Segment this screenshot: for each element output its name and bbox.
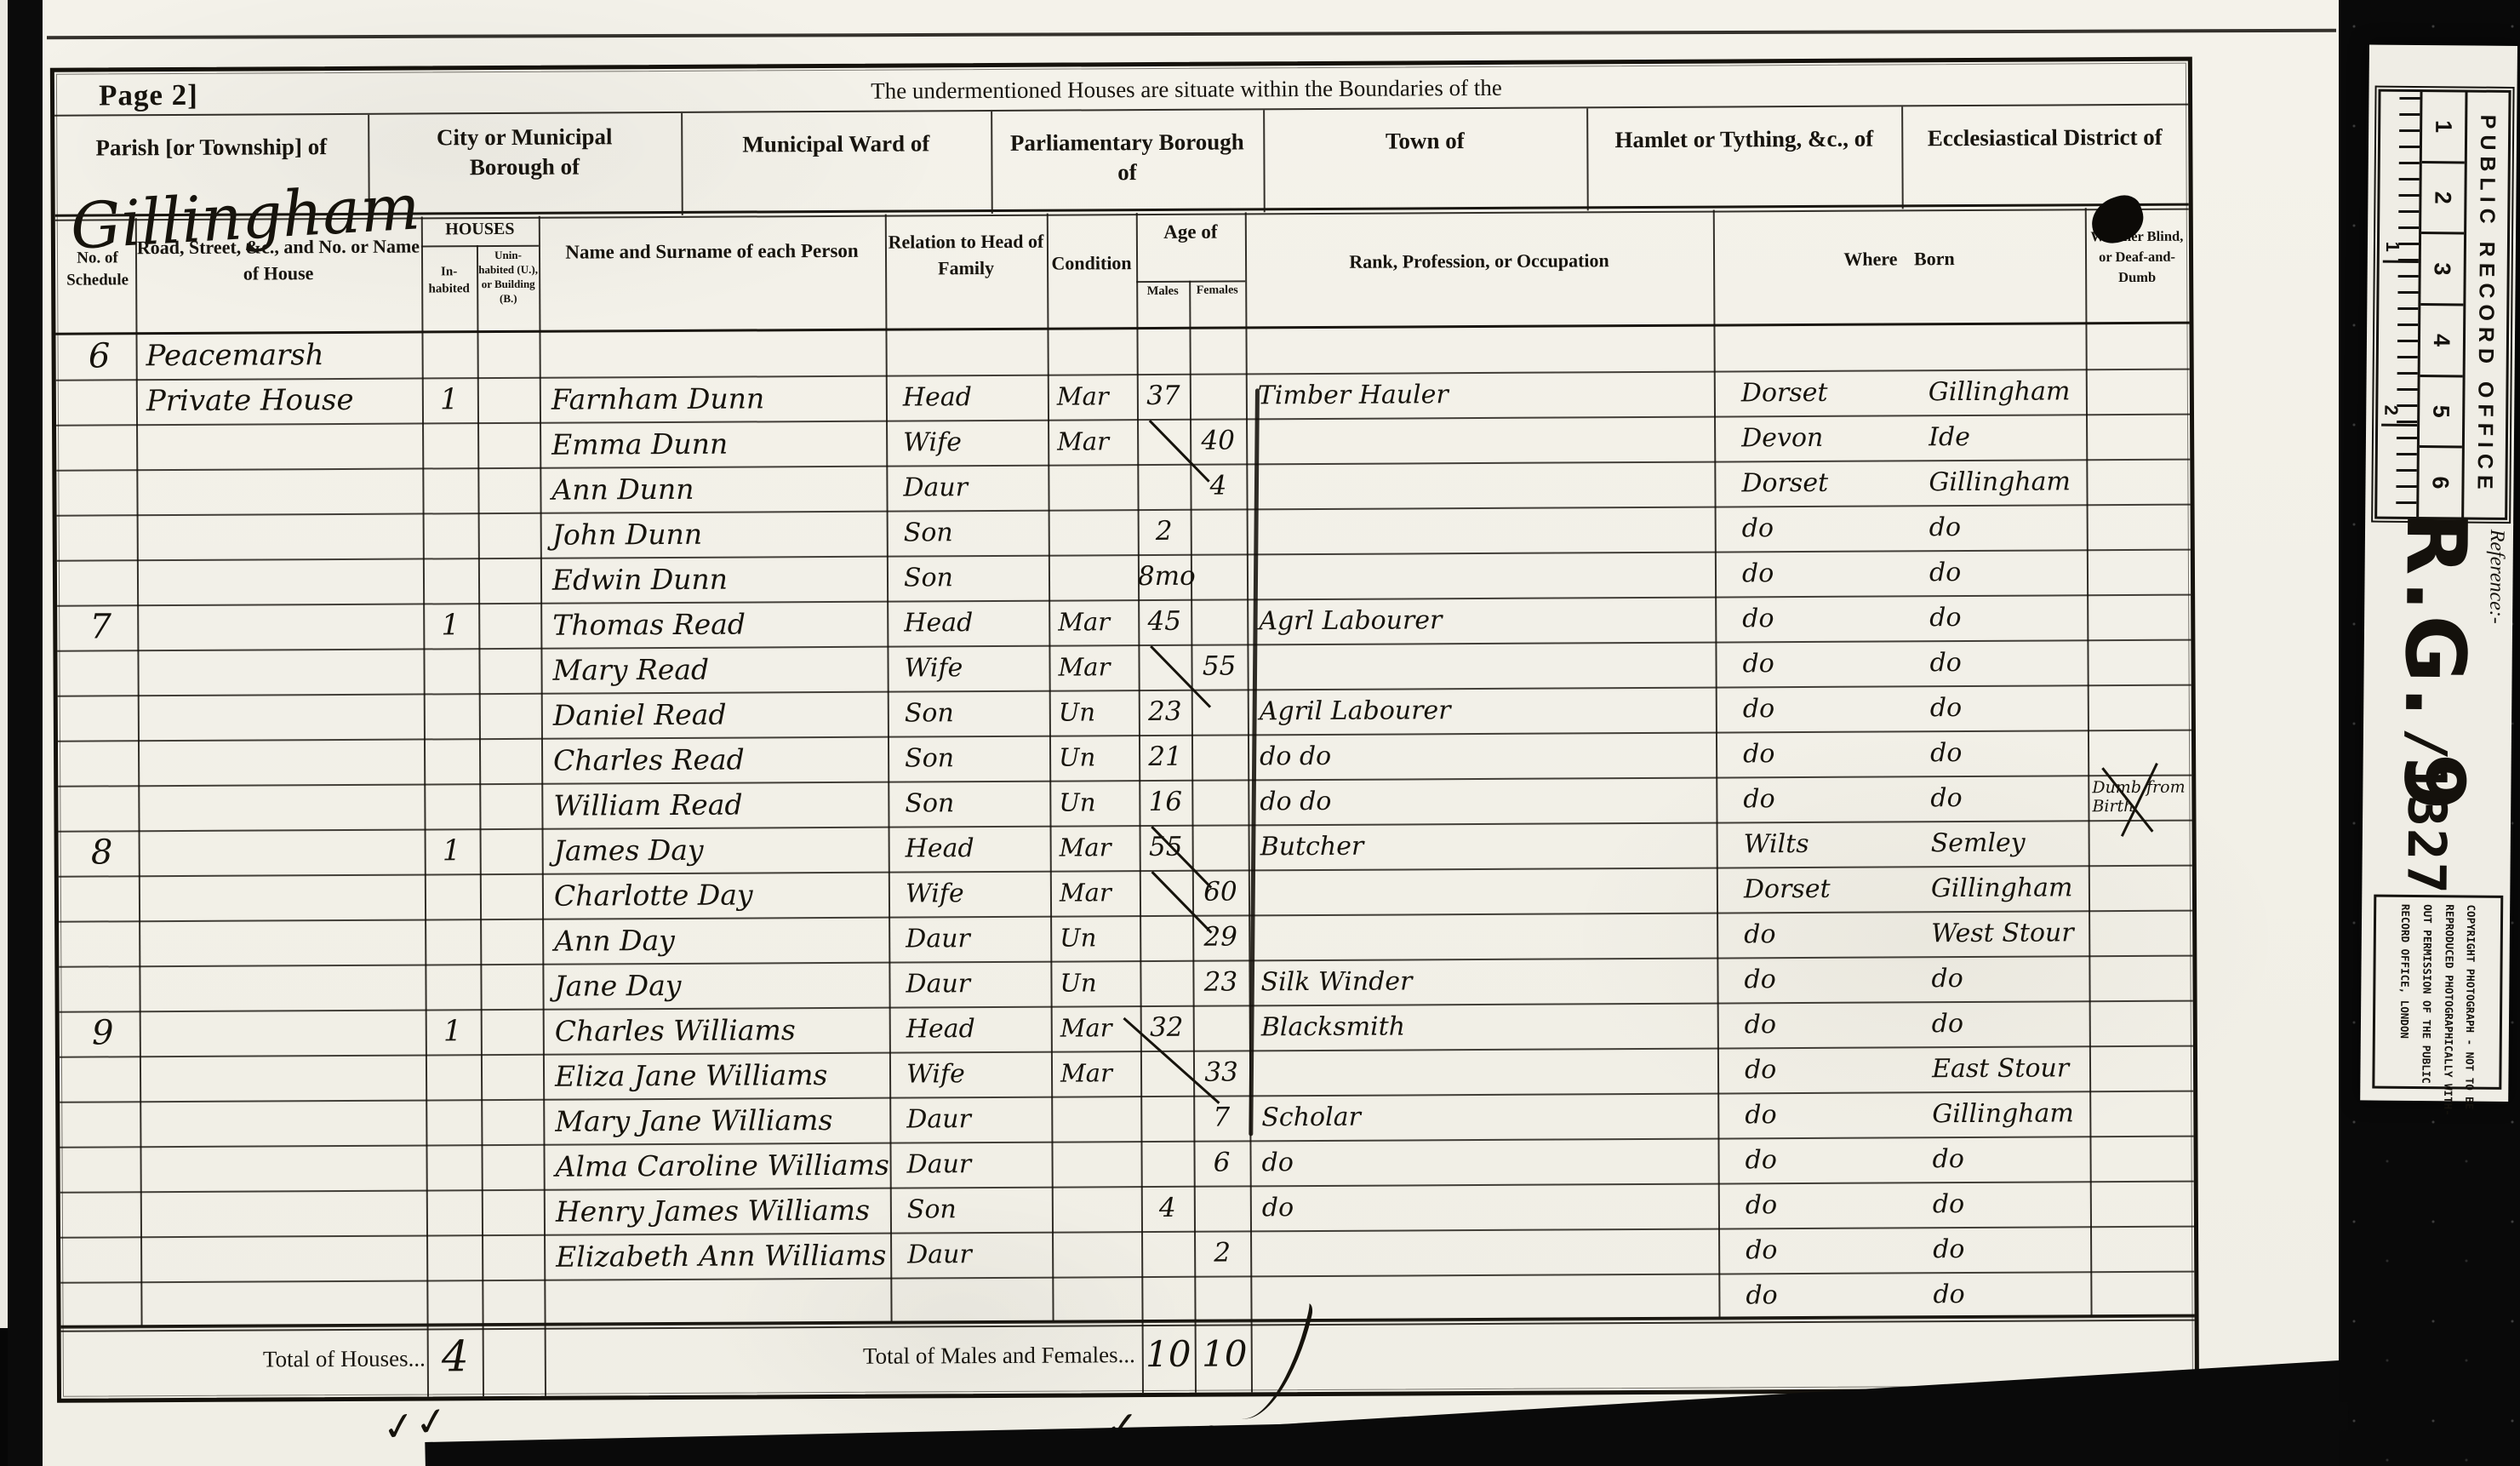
cell-rank: Butcher: [1260, 824, 1713, 868]
cell-condition: Mar: [1060, 1052, 1139, 1094]
cell-name: Henry James Williams: [556, 1189, 889, 1233]
cell-age_m: 4: [1141, 1188, 1194, 1229]
inch-number: 2: [2380, 405, 2402, 415]
born-place: Gillingham: [1929, 370, 2071, 413]
cell-born: dodo: [1718, 596, 2084, 639]
cell-name: Ann Day: [554, 919, 888, 962]
reference-piece-number: /1327: [2395, 728, 2459, 896]
cell-road: Peacemarsh: [146, 334, 426, 377]
cell-born: dodo: [1720, 957, 2086, 1000]
born-place: East Stour: [1932, 1047, 2069, 1090]
cell-name: William Read: [553, 783, 887, 827]
cell-born: dodo: [1719, 731, 2085, 775]
census-scan-page: Page 2] The undermentioned Houses are si…: [0, 0, 2520, 1466]
born-county: do: [1742, 598, 1774, 639]
cell-born: doGillingham: [1721, 1092, 2087, 1136]
record-office-title: PUBLIC RECORD OFFICE: [2461, 92, 2508, 517]
cell-condition: Un: [1059, 782, 1137, 823]
cell-name: Ann Dunn: [551, 467, 885, 511]
born-county: Dorset: [1744, 868, 1831, 911]
born-county: do: [1745, 1049, 1777, 1091]
cell-condition: Un: [1059, 691, 1137, 733]
cell-born: doEast Stour: [1721, 1047, 2087, 1091]
census-table: Page 2] The undermentioned Houses are si…: [50, 57, 2199, 1403]
cell-relation: Son: [907, 1188, 1050, 1231]
born-county: Dorset: [1741, 372, 1828, 415]
born-county: do: [1742, 643, 1774, 684]
cell-relation: Wife: [903, 421, 1046, 464]
inch-tick: [2383, 261, 2419, 263]
born-county: do: [1745, 1139, 1777, 1181]
born-county: do: [1745, 1094, 1777, 1136]
cell-name: John Dunn: [552, 513, 886, 556]
cell-rank: Agrl Labourer: [1259, 598, 1711, 643]
cell-born: DorsetGillingham: [1717, 461, 2083, 504]
cell-name: Farnham Dunn: [551, 377, 885, 421]
cell-relation: Head: [906, 827, 1049, 870]
cell-relation: Son: [905, 737, 1048, 780]
colhead-born: Where Born: [1713, 208, 2086, 325]
cell-condition: Mar: [1058, 646, 1136, 688]
colhead-name: Name and Surname of each Person: [539, 215, 886, 332]
cell-name: Edwin Dunn: [552, 558, 886, 601]
cell-name: Charlotte Day: [554, 873, 888, 917]
cell-rank: Scholar: [1261, 1095, 1714, 1139]
born-county: Dorset: [1741, 462, 1828, 505]
cell-born: dodo: [1722, 1273, 2088, 1316]
ruler-cell: 6: [2419, 445, 2462, 517]
cell-condition: Un: [1059, 736, 1137, 778]
cell-name: Daniel Read: [553, 693, 887, 736]
cell-blind: Dumb from Birth: [2092, 778, 2192, 821]
cell-schedule: 8: [67, 832, 137, 873]
born-county: do: [1743, 733, 1775, 775]
cell-age_m: 32: [1140, 1007, 1193, 1049]
cell-born: dodo: [1721, 1137, 2087, 1181]
ruler-cell: 3: [2420, 232, 2464, 303]
cell-born: dodo: [1718, 641, 2084, 684]
colhead-rank: Rank, Profession, or Occupation: [1245, 210, 1714, 329]
cell-born: dodo: [1721, 1002, 2087, 1045]
born-place: do: [1929, 597, 1962, 639]
cell-name: Charles Williams: [555, 1009, 889, 1052]
cell-age_f: 33: [1193, 1051, 1249, 1093]
colhead-inhabited: In-habited: [421, 216, 477, 332]
cell-rank: do do: [1260, 734, 1712, 778]
born-place: do: [1933, 1274, 1965, 1315]
born-place: do: [1933, 1183, 1965, 1225]
cell-born: dodo: [1719, 776, 2085, 820]
born-county: do: [1743, 688, 1775, 730]
born-place: do: [1933, 1228, 1965, 1270]
born-county: Devon: [1741, 417, 1823, 460]
cell-name: Jane Day: [554, 964, 888, 1007]
cell-age_m: 45: [1138, 601, 1191, 643]
total-houses-value: 4: [429, 1331, 482, 1381]
document-tilt-wrapper: Page 2] The undermentioned Houses are si…: [0, 0, 2520, 1466]
cell-name: Mary Read: [552, 648, 886, 691]
cell-name: Alma Caroline Williams: [555, 1144, 889, 1188]
census-table-rows: 6PeacemarshPrivate House1Farnham DunnHea…: [54, 61, 2188, 72]
cell-age_f: 55: [1191, 645, 1247, 687]
born-place: Gillingham: [1931, 867, 2073, 909]
cell-age_m: 37: [1137, 375, 1190, 417]
colhead-males: Males: [1136, 213, 1190, 329]
cell-condition: Mar: [1057, 375, 1135, 417]
born-place: do: [1930, 687, 1963, 729]
cell-name: Mary Jane Williams: [555, 1099, 889, 1142]
cell-relation: Daur: [907, 1234, 1050, 1276]
born-place: Gillingham: [1929, 461, 2071, 503]
cell-relation: Wife: [906, 1053, 1049, 1096]
cell-inhabited: 1: [427, 1011, 478, 1052]
born-place: do: [1929, 552, 1962, 593]
cell-relation: Daur: [906, 1143, 1049, 1186]
cell-schedule: 6: [64, 335, 134, 377]
cell-rank: Silk Winder: [1260, 959, 1713, 1004]
cell-name: Thomas Read: [552, 603, 886, 646]
born-place: do: [1929, 507, 1962, 548]
born-county: do: [1746, 1184, 1778, 1226]
cell-age_f: 6: [1193, 1142, 1249, 1183]
cell-name: Emma Dunn: [551, 422, 885, 466]
colhead-relation: Relation to Head of Family: [885, 214, 1048, 330]
cell-name: James Day: [554, 828, 888, 872]
colhead-uninhabited: Unin-habited (U.), or Building (B.): [478, 216, 539, 332]
inch-tick: [2381, 424, 2417, 427]
born-place: Ide: [1929, 416, 1970, 458]
total-males-value: 10: [1142, 1333, 1195, 1375]
ruler-cell: 4: [2420, 303, 2464, 375]
tick-marks: [2396, 97, 2420, 512]
born-place: do: [1929, 642, 1962, 684]
copyright-notice: COPYRIGHT PHOTOGRAPH - NOT TO BE REPRODU…: [2372, 895, 2503, 1090]
cell-road: Private House: [146, 379, 427, 422]
cell-inhabited: 1: [425, 604, 476, 646]
cell-age_f: 23: [1192, 961, 1249, 1003]
record-office-card: PUBLIC RECORD OFFICE 123456 1 2 Referenc…: [2360, 44, 2517, 1101]
cell-born: dodo: [1722, 1183, 2088, 1226]
born-county: do: [1746, 1274, 1778, 1316]
ruler-cell: 5: [2420, 375, 2463, 446]
cell-relation: Son: [904, 557, 1047, 599]
inch-number: 1: [2381, 242, 2403, 252]
cell-age_f: 2: [1194, 1232, 1250, 1274]
born-county: do: [1744, 913, 1776, 955]
ruler: PUBLIC RECORD OFFICE 123456 1 2: [2374, 89, 2511, 520]
colhead-condition: Condition: [1047, 213, 1137, 329]
cell-relation: Daur: [906, 918, 1049, 960]
cell-name: Elizabeth Ann Williams: [556, 1234, 889, 1278]
cell-name: Charles Read: [553, 738, 887, 782]
cell-age_m: 16: [1139, 782, 1191, 823]
cell-age_f: 4: [1190, 465, 1246, 507]
cell-condition: Mar: [1060, 1007, 1139, 1049]
born-county: do: [1742, 553, 1774, 594]
cell-condition: Mar: [1060, 872, 1138, 913]
cell-relation: Daur: [906, 963, 1049, 1005]
cell-rank: Agril Labourer: [1260, 689, 1712, 733]
copyright-line: RECORD OFFICE, LONDON: [2393, 904, 2416, 1086]
cell-born: DorsetGillingham: [1717, 370, 2083, 414]
cell-relation: Daur: [903, 467, 1046, 509]
cell-relation: Head: [904, 602, 1047, 644]
cell-age_f: 7: [1193, 1097, 1249, 1138]
cell-relation: Son: [905, 692, 1048, 735]
colhead-females: Females: [1189, 212, 1246, 328]
cell-rank: Blacksmith: [1261, 1005, 1714, 1049]
cell-relation: Head: [906, 1008, 1049, 1051]
total-houses-label: Total of Houses...: [189, 1345, 426, 1372]
born-place: do: [1930, 732, 1963, 774]
born-place: West Stour: [1931, 912, 2074, 954]
reference-label: Reference:-: [2484, 530, 2508, 624]
born-county: Wilts: [1744, 823, 1809, 865]
cell-name: Eliza Jane Williams: [555, 1054, 889, 1097]
cell-age_m: 23: [1139, 691, 1191, 733]
cell-relation: Son: [905, 782, 1048, 825]
born-county: do: [1744, 959, 1776, 1000]
born-place: do: [1931, 958, 1963, 999]
ruler-ticks: 1 2: [2374, 92, 2420, 517]
cell-relation: Wife: [906, 873, 1049, 915]
cell-relation: Wife: [904, 647, 1047, 690]
cell-born: DevonIde: [1717, 415, 2083, 459]
cell-inhabited: 1: [426, 830, 477, 872]
cell-condition: Mar: [1060, 827, 1138, 868]
ruler-cells: 123456: [2416, 92, 2465, 517]
cell-rank: Timber Hauler: [1258, 373, 1711, 417]
colhead-road: Road, Street, &c., and No. or Name of Ho…: [135, 217, 422, 335]
born-place: Gillingham: [1932, 1092, 2074, 1135]
copyright-line: COPYRIGHT PHOTOGRAPH - NOT TO BE: [2459, 904, 2482, 1086]
born-place: Semley: [1931, 822, 2026, 865]
born-county: do: [1743, 778, 1775, 820]
page-number-label: Page 2]: [99, 78, 198, 113]
cell-rank: do: [1261, 1140, 1714, 1184]
cell-born: dodo: [1719, 686, 2085, 730]
cell-condition: Un: [1060, 962, 1138, 1004]
cell-age_f: 60: [1192, 871, 1249, 913]
cell-age_m: 21: [1139, 736, 1191, 778]
cell-born: dodo: [1718, 506, 2084, 549]
cell-age_f: 40: [1190, 420, 1246, 461]
born-county: do: [1746, 1229, 1778, 1271]
born-county: do: [1742, 507, 1774, 549]
total-males-females-label: Total of Males and Females...: [751, 1342, 1135, 1370]
cell-rank: do: [1262, 1185, 1715, 1229]
ruler-cell: 1: [2422, 92, 2466, 161]
cell-relation: Head: [903, 376, 1046, 419]
cell-born: DorsetGillingham: [1720, 867, 2086, 910]
born-place: do: [1930, 777, 1963, 819]
cell-relation: Daur: [906, 1098, 1049, 1141]
table-banner-title: The undermentioned Houses are situate wi…: [599, 73, 1774, 106]
cell-schedule: 7: [66, 606, 135, 648]
cell-relation: Son: [904, 512, 1047, 554]
cell-age_m: 8mo: [1138, 556, 1191, 598]
cell-schedule: 9: [68, 1012, 138, 1054]
cell-rank: do do: [1260, 779, 1712, 823]
born-place: do: [1932, 1138, 1964, 1180]
copyright-line: OUT PERMISSION OF THE PUBLIC: [2415, 904, 2438, 1086]
born-county: do: [1745, 1004, 1777, 1045]
cell-born: dodo: [1722, 1228, 2088, 1271]
copyright-line: REPRODUCED PHOTOGRAPHICALLY WITH-: [2437, 904, 2460, 1086]
cell-condition: Un: [1060, 917, 1138, 959]
cell-inhabited: 1: [424, 379, 475, 421]
cell-born: WiltsSemley: [1720, 822, 2086, 865]
colhead-schedule: No. of Schedule: [60, 218, 136, 334]
cell-age_m: 2: [1138, 511, 1191, 553]
born-place: do: [1932, 1003, 1964, 1045]
cell-condition: Mar: [1058, 601, 1136, 643]
cell-born: doWest Stour: [1720, 912, 2086, 955]
cell-age_f: 29: [1192, 916, 1249, 958]
cell-condition: Mar: [1057, 421, 1135, 462]
ruler-cell: 2: [2421, 161, 2465, 232]
cell-born: dodo: [1718, 551, 2084, 594]
